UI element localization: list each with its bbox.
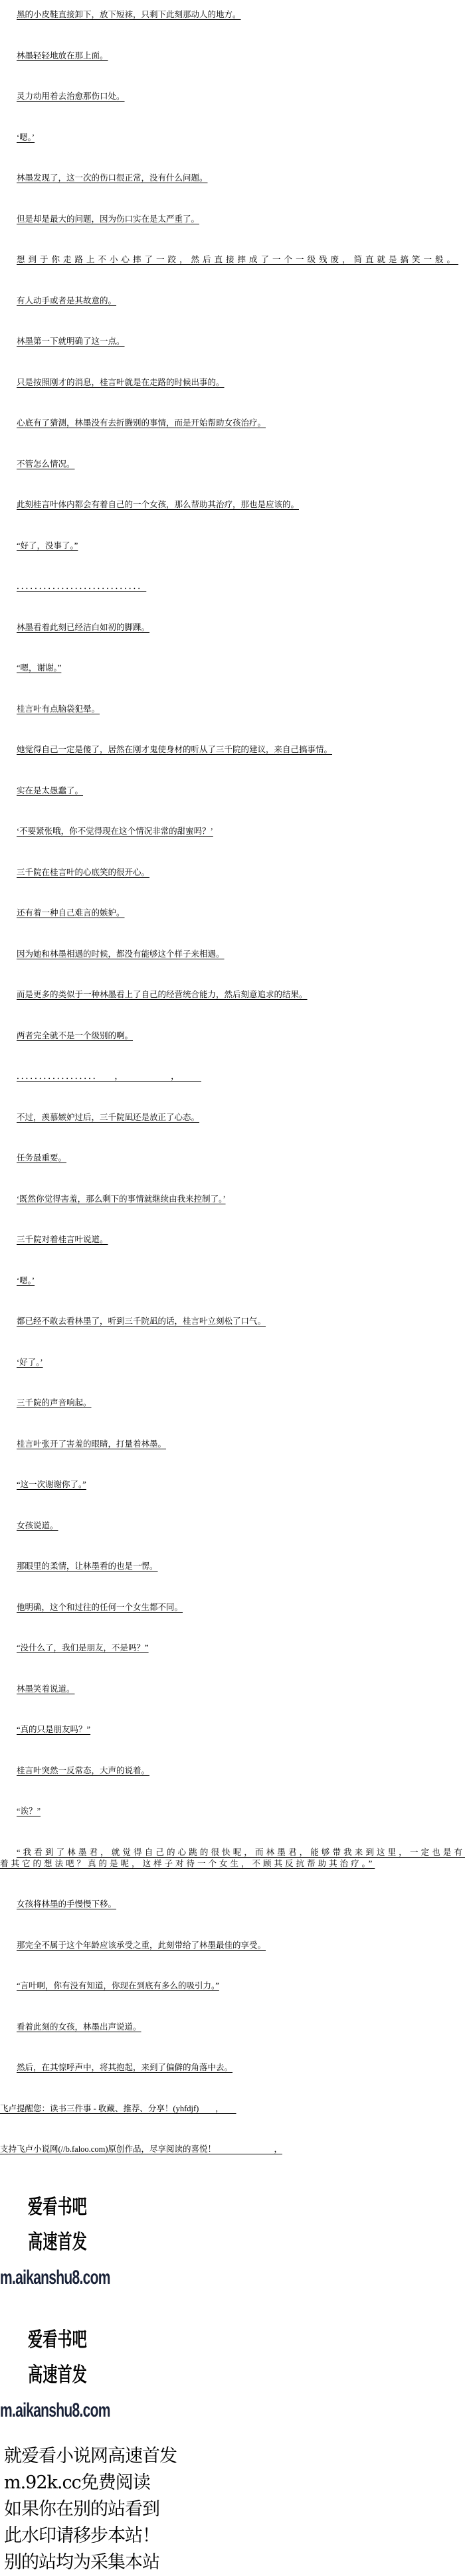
paragraph-line: 不管怎么情况。 xyxy=(0,459,465,470)
chapter-text: 黑的小皮鞋直接卸下，放下短袜，只剩下此刻那动人的地方。林墨轻轻地放在那上面。灵力… xyxy=(0,0,465,2155)
promo-tagline: 高速首发 xyxy=(28,2358,351,2393)
paragraph-line: 三千院的声音响起。 xyxy=(0,1398,465,1409)
watermark-line: 就爱看小说网高速首发 xyxy=(4,2443,465,2470)
paragraph-line: 还有着一种自己难言的嫉妒。 xyxy=(0,908,465,919)
paragraph-line: 桂言叶突然一反常态，大声的说着。 xyxy=(0,1765,465,1777)
paragraph-line: 心底有了猜测，林墨没有去折腾别的事情，而是开始帮助女孩治疗。 xyxy=(0,418,465,429)
paragraph-line: 女孩将林墨的手慢慢下移。 xyxy=(0,1899,465,1910)
watermark-block: 就爱看小说网高速首发 m.92k.cc免费阅读 如果你在别的站看到 此水印请移步… xyxy=(0,2443,465,2576)
paragraph-line: 看着此刻的女孩，林墨出声说道。 xyxy=(0,2022,465,2033)
promo-site-name: 爱看书吧 xyxy=(28,2322,351,2358)
paragraph-line: ‘嗯。’ xyxy=(0,132,465,143)
paragraph-line: “我看到了林墨君，就觉得自己的心跳的很快呢，而林墨君，能够带我来到这里，一定也是… xyxy=(0,1847,465,1870)
paragraph-line: 不过，羡慕嫉妒过后，三千院凪还是放正了心态。 xyxy=(0,1112,465,1123)
paragraph-line: “言叶啊，你有没有知道，你现在到底有多么的吸引力。” xyxy=(0,1980,465,1992)
paragraph-line: 任务最重要。 xyxy=(0,1153,465,1164)
paragraph-line: 黑的小皮鞋直接卸下，放下短袜，只剩下此刻那动人的地方。 xyxy=(0,9,465,21)
paragraph-line: ‘嗯。’ xyxy=(0,1275,465,1287)
promo-url: m.aikanshu8.com xyxy=(0,2260,325,2295)
watermark-line: 此水印请移步本站！ xyxy=(4,2523,465,2549)
paragraph-line: 只是按照刚才的消息，桂言叶就是在走路的时候出事的。 xyxy=(0,377,465,388)
paragraph-line: ．．．．．．．．．．．．．．．．．． ， ， xyxy=(0,1071,465,1082)
paragraph-line: 都已经不敢去看林墨了，听到三千院凪的话，桂言叶立刻松了口气。 xyxy=(0,1316,465,1327)
paragraph-line: 实在是太愚蠢了。 xyxy=(0,785,465,797)
promo-url: m.aikanshu8.com xyxy=(0,2393,325,2428)
paragraph-line: 林墨看着此刻已经洁白如初的脚踝。 xyxy=(0,622,465,633)
paragraph-line: 林墨笑着说道。 xyxy=(0,1684,465,1695)
paragraph-line: “好了，没事了。” xyxy=(0,540,465,552)
paragraph-line: “嗯，谢谢。” xyxy=(0,663,465,674)
watermark-line: 如果你在别的站看到 xyxy=(4,2496,465,2523)
paragraph-line: ．．．．．．．．．．．．．．．．．．．．．．．．．．．． xyxy=(0,581,465,592)
promo-tagline: 高速首发 xyxy=(28,2225,351,2260)
promo-block-1: 爱看书吧 高速首发 m.aikanshu8.com xyxy=(0,2190,465,2295)
paragraph-line: 那眼里的柔情，让林墨看的也是一愣。 xyxy=(0,1561,465,1572)
promo-site-name: 爱看书吧 xyxy=(28,2190,351,2225)
paragraph-line: 她觉得自己一定是傻了，居然在刚才鬼使身材的听从了三千院的建议，来自己搞事情。 xyxy=(0,744,465,756)
paragraph-line: 林墨发现了，这一次的伤口很正常，没有什么问题。 xyxy=(0,173,465,184)
paragraph-line: “这一次谢谢你了。” xyxy=(0,1479,465,1490)
paragraph-line: 支持飞卢小说网(//b.faloo.com)原创作品，尽享阅读的喜悦！ ， xyxy=(0,2144,465,2155)
paragraph-line: 灵力动用着去治愈那伤口处。 xyxy=(0,91,465,102)
paragraph-line: 想到于你走路上不小心摔了一跤，然后直接摔成了一个一级残废，简直就是搞笑一般。 xyxy=(0,254,465,266)
paragraph-line: 但是却是最大的问题，因为伤口实在是太严重了。 xyxy=(0,214,465,225)
paragraph-line: ‘既然你觉得害羞，那么剩下的事情就继续由我来控制了。’ xyxy=(0,1194,465,1205)
paragraph-line: 而是更多的类似于一种林墨看上了自己的经营统合能力，然后刻意追求的结果。 xyxy=(0,989,465,1001)
paragraph-line: 林墨第一下就明确了这一点。 xyxy=(0,336,465,347)
paragraph-line: 林墨轻轻地放在那上面。 xyxy=(0,50,465,62)
paragraph-line: “诶？” xyxy=(0,1806,465,1817)
paragraph-line: “真的只是朋友吗？” xyxy=(0,1724,465,1735)
paragraph-line: 那完全不属于这个年龄应该承受之重，此刻带给了林墨最佳的享受。 xyxy=(0,1940,465,1951)
paragraph-line: 此刻桂言叶体内都会有着自己的一个女孩，那么帮助其治疗，那也是应该的。 xyxy=(0,499,465,511)
paragraph-line: 三千院对着桂言叶说道。 xyxy=(0,1234,465,1246)
paragraph-line: 因为她和林墨相遇的时候，都没有能够这个样子来相遇。 xyxy=(0,949,465,960)
paragraph-line: 桂言叶张开了害羞的眼睛，打量着林墨。 xyxy=(0,1439,465,1450)
paragraph-line: 两者完全就不是一个级别的啊。 xyxy=(0,1030,465,1042)
paragraph-line: 飞卢提醒您：读书三件事 - 收藏、推荐、分享！(yhfdjf) ， xyxy=(0,2103,465,2115)
watermark-line: m.92k.cc免费阅读 xyxy=(4,2470,465,2496)
paragraph-line: 然后，在其惊呼声中，将其抱起，来到了偏僻的角落中去。 xyxy=(0,2062,465,2073)
promo-block-2: 爱看书吧 高速首发 m.aikanshu8.com xyxy=(0,2322,465,2428)
paragraph-line: 他明确，这个和过往的任何一个女生都不同。 xyxy=(0,1602,465,1613)
paragraph-line: 三千院在桂言叶的心底笑的很开心。 xyxy=(0,867,465,878)
novel-page: 黑的小皮鞋直接卸下，放下短袜，只剩下此刻那动人的地方。林墨轻轻地放在那上面。灵力… xyxy=(0,0,465,2576)
paragraph-line: ‘好了。’ xyxy=(0,1357,465,1368)
paragraph-line: 有人动手或者是其故意的。 xyxy=(0,295,465,307)
watermark-line: 别的站均为采集本站 xyxy=(4,2549,465,2576)
paragraph-line: 女孩说道。 xyxy=(0,1520,465,1532)
paragraph-line: 桂言叶有点脑袋犯晕。 xyxy=(0,704,465,715)
paragraph-line: ‘不要紧张哦，你不觉得现在这个情况非常的甜蜜吗？’ xyxy=(0,826,465,837)
paragraph-line: “没什么了，我们是朋友，不是吗？” xyxy=(0,1643,465,1654)
